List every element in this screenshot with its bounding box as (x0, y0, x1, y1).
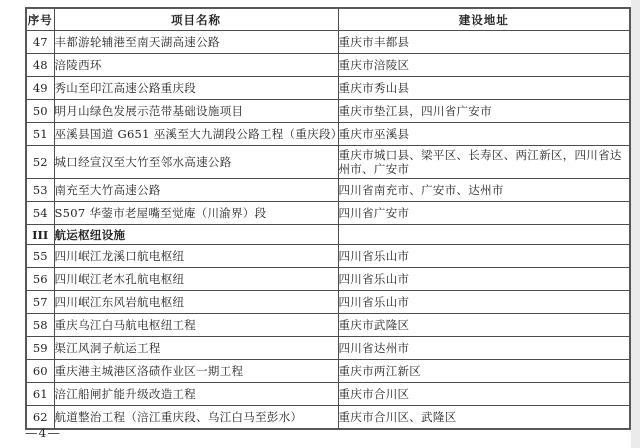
address-cell: 重庆市武隆区 (338, 314, 630, 337)
address-cell: 四川省乐山市 (338, 245, 630, 268)
col-header-address: 建设地址 (338, 8, 630, 31)
project-name-cell: 重庆乌江白马航电枢纽工程 (54, 314, 338, 337)
project-name-cell: 丰都游轮辅港至南天湖高速公路 (54, 31, 338, 54)
col-header-number: 序号 (26, 8, 54, 31)
row-number-cell: 50 (26, 100, 54, 123)
row-number-cell: 52 (26, 146, 54, 179)
table-row: 54S507 华蓥市老屋嘴至觉庵（川渝界）段四川省广安市 (26, 202, 630, 225)
table-row: 49秀山至印江高速公路重庆段重庆市秀山县 (26, 77, 630, 100)
row-number-cell: 47 (26, 31, 54, 54)
project-name-cell: 涪陵西环 (54, 54, 338, 77)
table-row: 56四川岷江老木孔航电枢纽四川省乐山市 (26, 268, 630, 291)
table-row: 55四川岷江龙溪口航电枢纽四川省乐山市 (26, 245, 630, 268)
address-cell: 重庆市合川区 (338, 383, 630, 406)
header-row: 序号 项目名称 建设地址 (26, 8, 630, 31)
address-cell: 重庆市巫溪县 (338, 123, 630, 146)
project-name-cell: 涪江船闸扩能升级改造工程 (54, 383, 338, 406)
table-row: 59渠江风洞子航运工程四川省达州市 (26, 337, 630, 360)
address-cell: 重庆市涪陵区 (338, 54, 630, 77)
address-cell: 重庆市城口县、梁平区、长寿区、两江新区，四川省达州市、广安市 (338, 146, 630, 179)
table-header: 序号 项目名称 建设地址 (26, 8, 630, 31)
address-cell (338, 225, 630, 245)
project-name-cell: 四川岷江老木孔航电枢纽 (54, 268, 338, 291)
row-number-cell: 56 (26, 268, 54, 291)
address-cell: 四川省南充市、广安市、达州市 (338, 179, 630, 202)
row-number-cell: 58 (26, 314, 54, 337)
table-row: 52城口经宣汉至大竹至邻水高速公路重庆市城口县、梁平区、长寿区、两江新区，四川省… (26, 146, 630, 179)
col-header-project-name: 项目名称 (54, 8, 338, 31)
table-row: 53南充至大竹高速公路四川省南充市、广安市、达州市 (26, 179, 630, 202)
project-name-cell: 航道整治工程（涪江重庆段、乌江白马至彭水） (54, 406, 338, 430)
page-number: —4— (25, 425, 61, 440)
table-row: 62航道整治工程（涪江重庆段、乌江白马至彭水）重庆市合川区、武隆区 (26, 406, 630, 430)
right-gutter (631, 0, 640, 448)
row-number-cell: 54 (26, 202, 54, 225)
table-body: 47丰都游轮辅港至南天湖高速公路重庆市丰都县48涪陵西环重庆市涪陵区49秀山至印… (26, 31, 630, 430)
project-name-cell: 明月山绿色发展示范带基础设施项目 (54, 100, 338, 123)
address-cell: 重庆市丰都县 (338, 31, 630, 54)
row-number-cell: 60 (26, 360, 54, 383)
project-name-cell: 四川岷江龙溪口航电枢纽 (54, 245, 338, 268)
row-number-cell: 51 (26, 123, 54, 146)
project-name-cell: 航运枢纽设施 (54, 225, 338, 245)
address-cell: 重庆市秀山县 (338, 77, 630, 100)
table-row: 50明月山绿色发展示范带基础设施项目重庆市垫江县，四川省广安市 (26, 100, 630, 123)
section-row: III航运枢纽设施 (26, 225, 630, 245)
table-row: 48涪陵西环重庆市涪陵区 (26, 54, 630, 77)
row-number-cell: III (26, 225, 54, 245)
table-row: 60重庆港主城港区洛碛作业区一期工程重庆市两江新区 (26, 360, 630, 383)
project-name-cell: 秀山至印江高速公路重庆段 (54, 77, 338, 100)
table-row: 57四川岷江东风岩航电枢纽四川省乐山市 (26, 291, 630, 314)
row-number-cell: 53 (26, 179, 54, 202)
address-cell: 重庆市合川区、武隆区 (338, 406, 630, 430)
table-row: 58重庆乌江白马航电枢纽工程重庆市武隆区 (26, 314, 630, 337)
table-row: 61涪江船闸扩能升级改造工程重庆市合川区 (26, 383, 630, 406)
row-number-cell: 61 (26, 383, 54, 406)
row-number-cell: 57 (26, 291, 54, 314)
row-number-cell: 48 (26, 54, 54, 77)
address-cell: 重庆市两江新区 (338, 360, 630, 383)
address-cell: 重庆市垫江县，四川省广安市 (338, 100, 630, 123)
address-cell: 四川省广安市 (338, 202, 630, 225)
project-name-cell: 渠江风洞子航运工程 (54, 337, 338, 360)
project-name-cell: S507 华蓥市老屋嘴至觉庵（川渝界）段 (54, 202, 338, 225)
row-number-cell: 59 (26, 337, 54, 360)
row-number-cell: 49 (26, 77, 54, 100)
table-row: 51巫溪县国道 G651 巫溪至大九湖段公路工程（重庆段）重庆市巫溪县 (26, 123, 630, 146)
project-name-cell: 四川岷江东风岩航电枢纽 (54, 291, 338, 314)
project-name-cell: 重庆港主城港区洛碛作业区一期工程 (54, 360, 338, 383)
address-cell: 四川省乐山市 (338, 268, 630, 291)
project-name-cell: 巫溪县国道 G651 巫溪至大九湖段公路工程（重庆段） (54, 123, 338, 146)
table-row: 47丰都游轮辅港至南天湖高速公路重庆市丰都县 (26, 31, 630, 54)
address-cell: 四川省乐山市 (338, 291, 630, 314)
row-number-cell: 55 (26, 245, 54, 268)
project-name-cell: 南充至大竹高速公路 (54, 179, 338, 202)
project-table: 序号 项目名称 建设地址 47丰都游轮辅港至南天湖高速公路重庆市丰都县48涪陵西… (25, 7, 631, 430)
address-cell: 四川省达州市 (338, 337, 630, 360)
project-name-cell: 城口经宣汉至大竹至邻水高速公路 (54, 146, 338, 179)
